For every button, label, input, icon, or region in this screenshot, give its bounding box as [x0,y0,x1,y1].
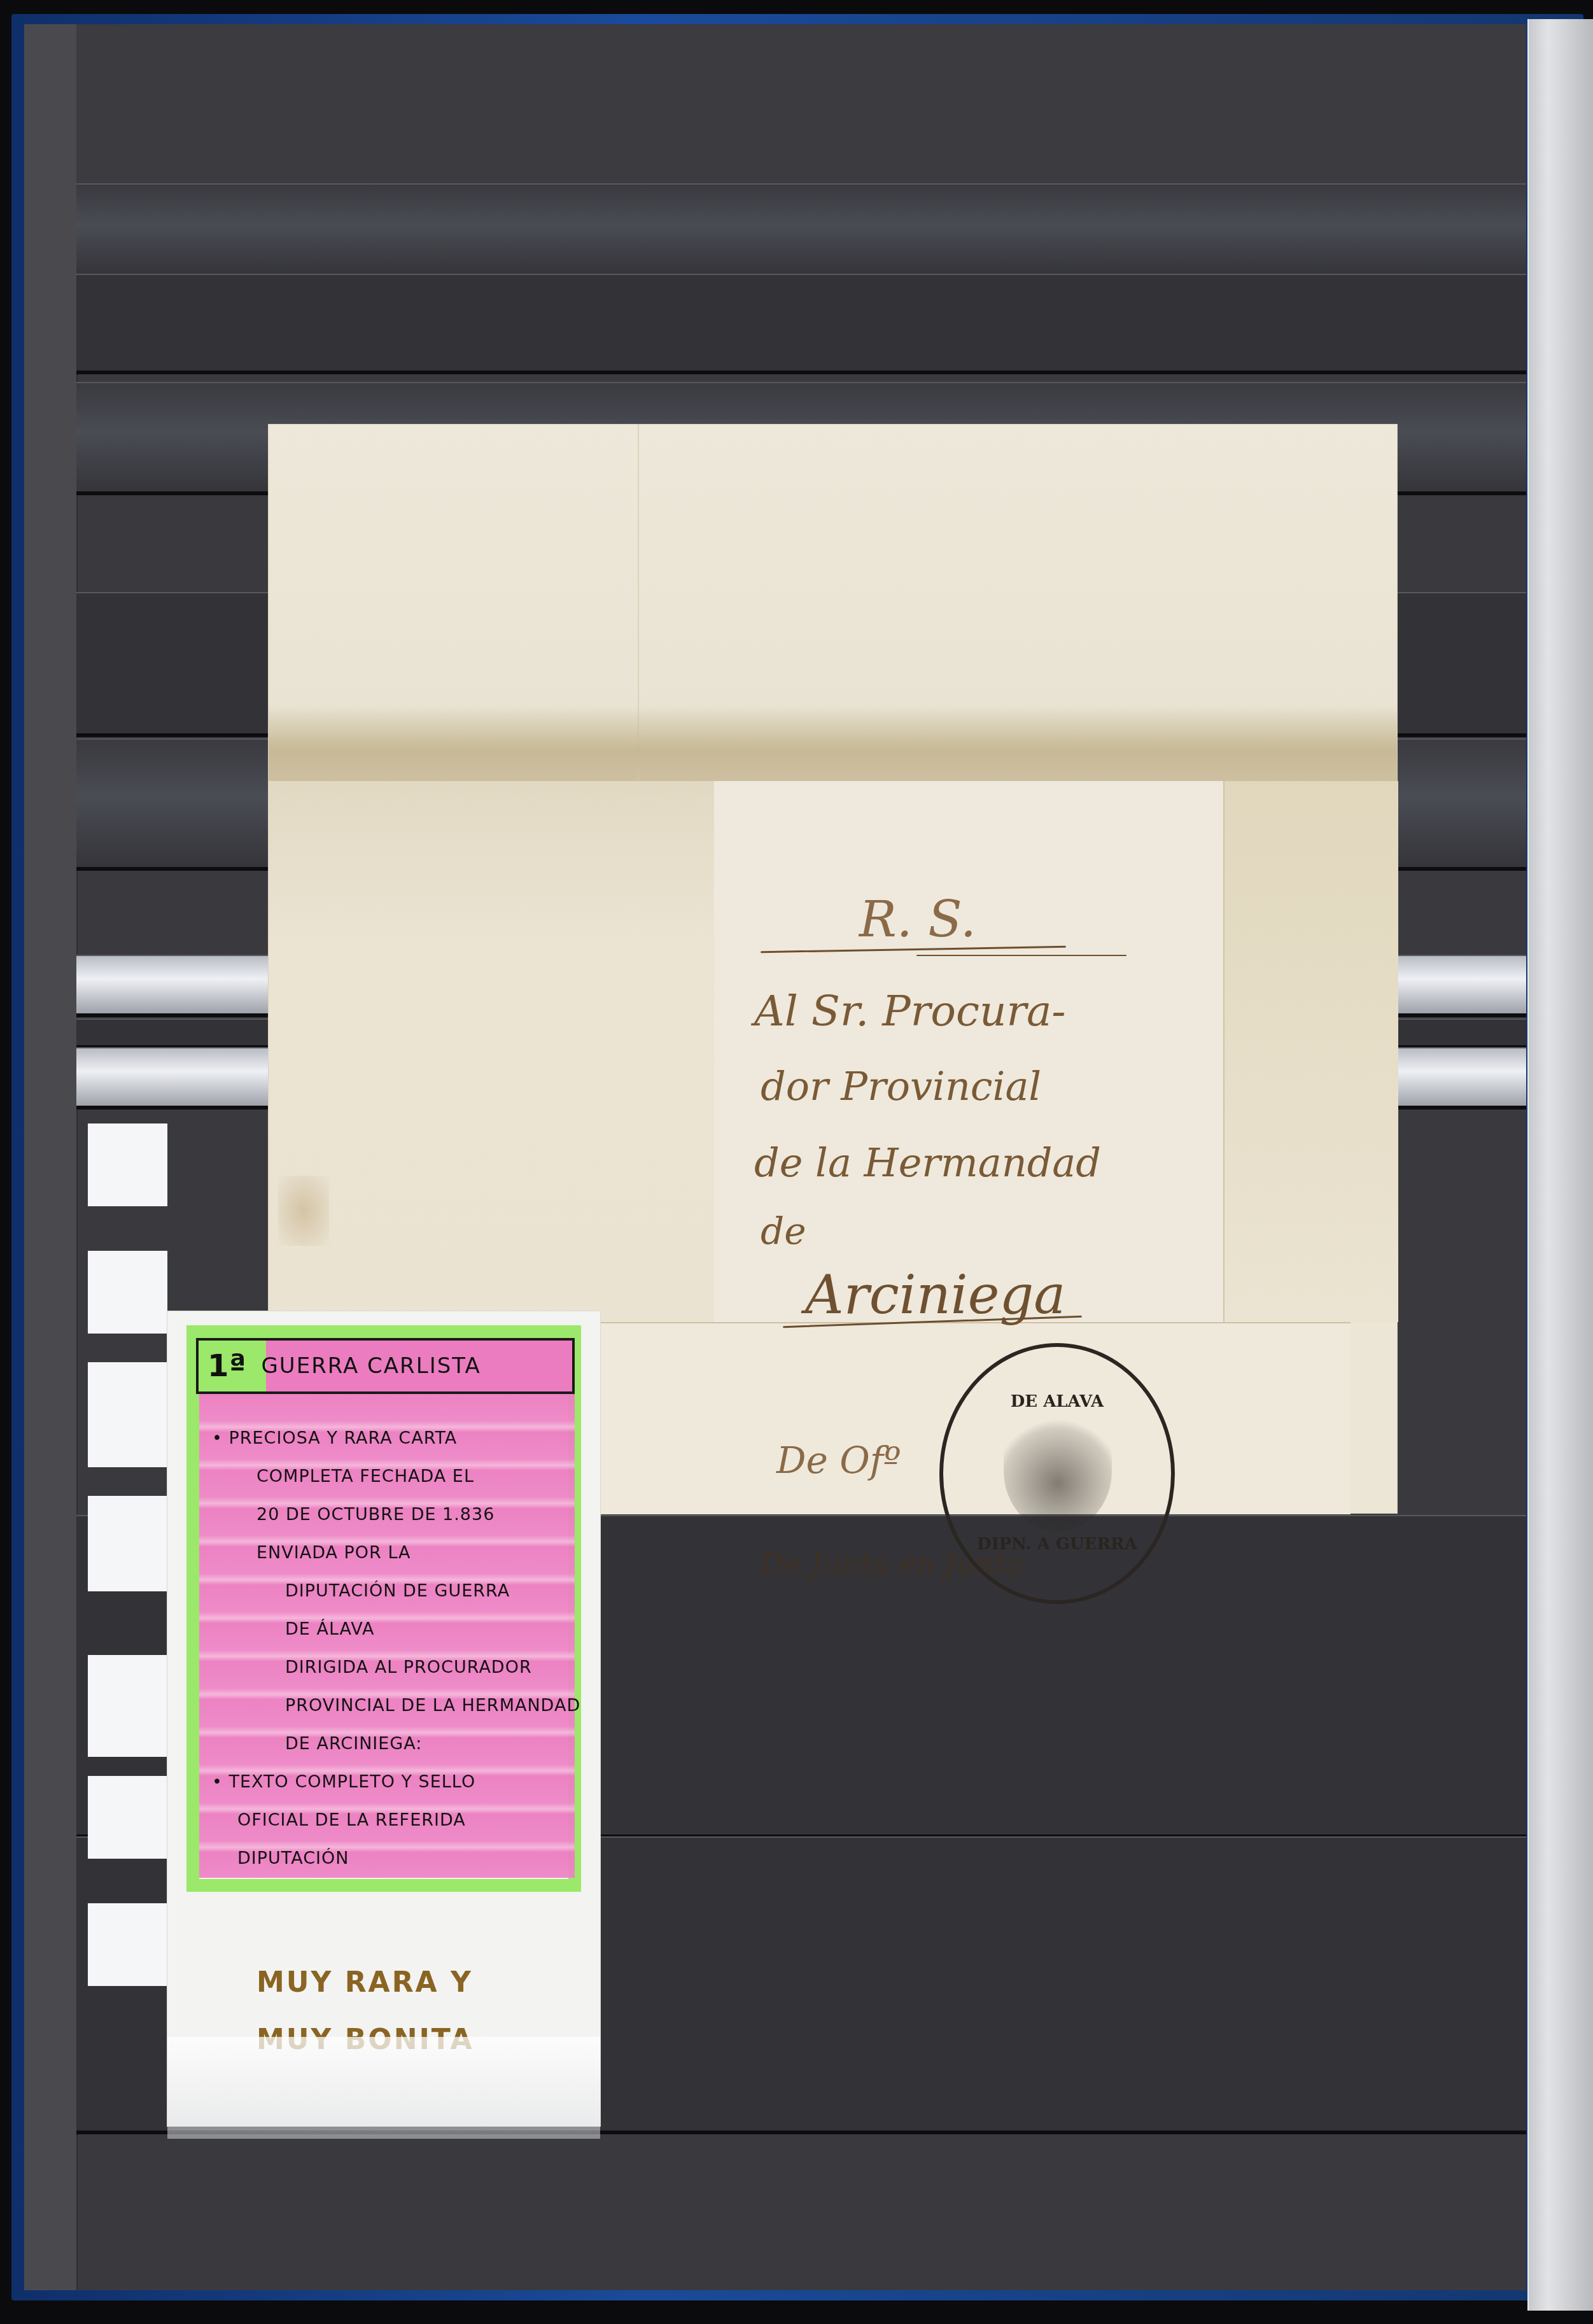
card-title-box: 1ª GUERRA CARLISTA [196,1338,575,1394]
album-binding-strip [24,24,78,2290]
card-line: DIPUTACIÓN [212,1840,575,1878]
address-line: de la Hermandad [754,1139,1101,1186]
card-line: DE ÁLAVA [212,1610,575,1649]
stain-blot [278,1176,329,1246]
album-strip [76,183,1526,278]
card-line: DIRIGIDA AL PROCURADOR [212,1649,575,1687]
description-card: 1ª GUERRA CARLISTA PRECIOSA Y RARA CARTA… [167,1311,600,2126]
card-line: OFICIAL DE LA REFERIDA [212,1801,575,1840]
letter-left-flap [269,781,715,1322]
card-line: TEXTO COMPLETO Y SELLO [212,1763,575,1801]
album-strip [76,274,1526,374]
sleeve-gap [88,1655,167,1757]
seal-text-top: DE ALAVA [977,1391,1137,1413]
seal-text-right: DIPN. A GUERRA [977,1534,1137,1556]
card-line: ENVIADA POR LA [212,1534,575,1572]
glassine-interleaf [1527,19,1593,2311]
address-line: Arciniega [805,1264,1065,1326]
sleeve-gap [88,1903,167,1986]
sleeve-gap [88,1362,167,1467]
water-stain [269,705,1397,781]
album-top-panel [76,24,1526,183]
flourish-line [916,955,1126,956]
sleeve-gap [88,1776,167,1859]
sleeve-gap [88,1123,167,1206]
address-line: Al Sr. Procura- [754,987,1066,1036]
card-title-number: 1ª [207,1348,246,1384]
card-line: PRECIOSA Y RARA CARTA [212,1419,575,1458]
card-line: PROVINCIAL DE LA HERMANDAD [212,1687,575,1725]
card-description: PRECIOSA Y RARA CARTA COMPLETA FECHADA E… [212,1419,575,1878]
card-line: DIPUTACIÓN DE GUERRA [212,1572,575,1610]
card-line: 20 DE OCTUBRE DE 1.836 [212,1496,575,1534]
address-line: R. S. [859,891,976,948]
address-line: dor Provincial [761,1063,1041,1109]
official-seal: DE ALAVA DIPN. A GUERRA [939,1343,1175,1604]
sleeve-gap [88,1496,167,1591]
address-line: de [761,1209,806,1253]
card-line: DE ARCINIEGA: [212,1725,575,1763]
sender-note: De Ofº [776,1439,901,1482]
card-line: COMPLETA FECHADA EL [212,1458,575,1496]
sleeve-gap [88,1251,167,1334]
card-note-line: MUY RARA Y [256,1954,537,2011]
sleeve-glare [167,2037,600,2139]
card-title: GUERRA CARLISTA [261,1353,481,1379]
letter-right-flap [1223,781,1398,1322]
